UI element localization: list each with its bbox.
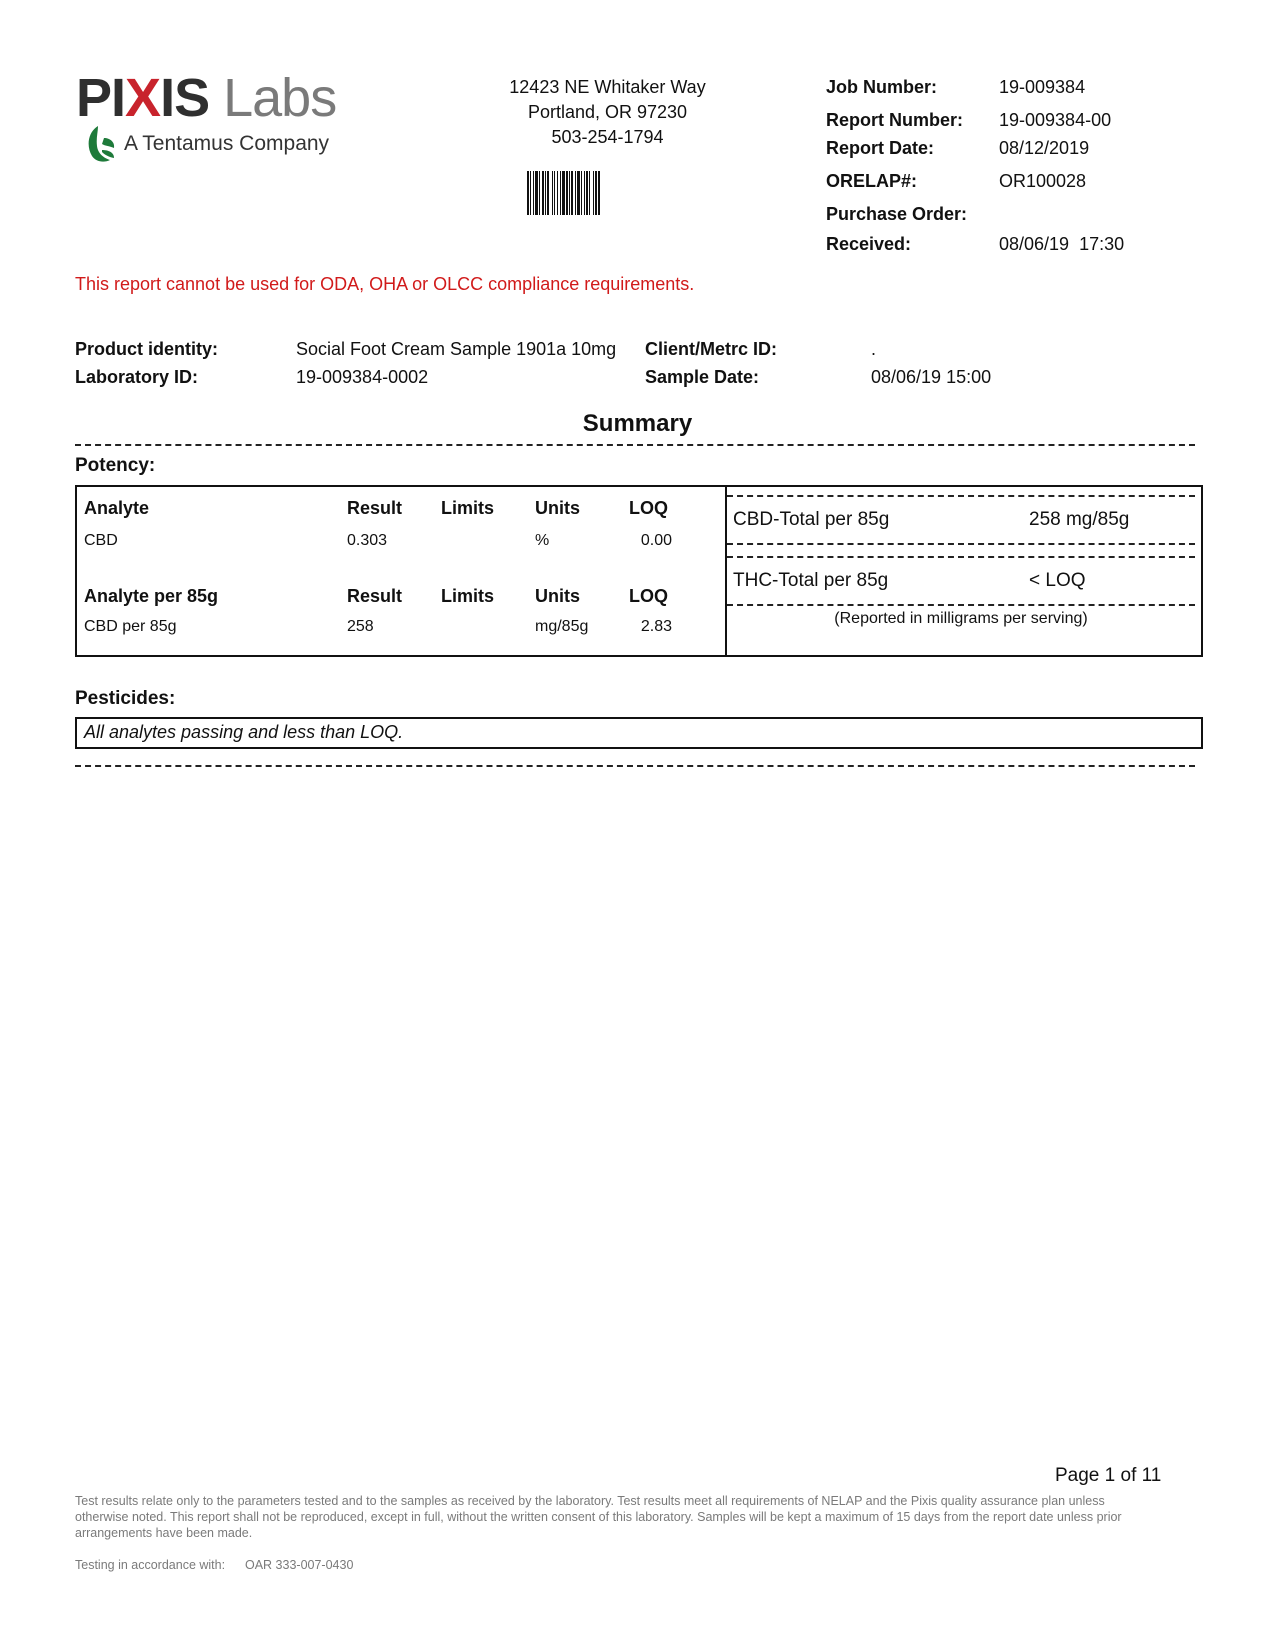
tentamus-leaf-icon — [84, 124, 118, 164]
lab-street: 12423 NE Whitaker Way — [480, 77, 735, 98]
cbd-total-value: 258 mg/85g — [1029, 509, 1129, 531]
summary-title: Summary — [0, 410, 1275, 438]
disclaimer-line-1: Test results relate only to the paramete… — [75, 1493, 1105, 1509]
disclaimer-line-3: arrangements have been made. — [75, 1525, 252, 1541]
sample-date-label: Sample Date: — [645, 367, 759, 388]
totals-dash — [727, 604, 1195, 606]
potency-cell: 0.00 — [620, 532, 672, 550]
potency-column-header: Limits — [441, 586, 494, 607]
potency-column-header: Limits — [441, 498, 494, 519]
product-identity-value: Social Foot Cream Sample 1901a 10mg — [296, 339, 616, 360]
potency-cell: 2.83 — [620, 618, 672, 636]
pesticides-title: Pesticides: — [75, 688, 175, 710]
report-info-value: OR100028 — [999, 171, 1086, 192]
potency-column-header: Result — [347, 498, 402, 519]
summary-end-divider — [75, 765, 1195, 767]
potency-cell: 258 — [347, 618, 374, 636]
thc-total-label: THC-Total per 85g — [733, 570, 888, 592]
potency-column-header: Units — [535, 586, 580, 607]
potency-cell: CBD — [84, 532, 118, 550]
sample-date-value: 08/06/19 15:00 — [871, 367, 991, 388]
logo-text-pi: PI — [76, 68, 125, 128]
potency-box-divider — [725, 487, 727, 655]
logo-text-is: IS — [160, 68, 209, 128]
logo-tagline-row: A Tentamus Company — [84, 124, 329, 164]
disclaimer-line-2: otherwise noted. This report shall not b… — [75, 1509, 1122, 1525]
product-identity-label: Product identity: — [75, 339, 218, 360]
report-info-label: Report Date: — [826, 138, 934, 159]
totals-dash — [727, 556, 1195, 558]
page-number: Page 1 of 11 — [1055, 1465, 1161, 1487]
report-info-label: Received: — [826, 234, 911, 255]
report-info-value: 19-009384 — [999, 77, 1085, 98]
summary-divider — [75, 444, 1195, 446]
potency-cell: mg/85g — [535, 618, 588, 636]
barcode — [527, 171, 668, 215]
report-info-value: 08/12/2019 — [999, 138, 1089, 159]
totals-dash — [727, 543, 1195, 545]
logo-tagline: A Tentamus Company — [124, 132, 329, 156]
potency-column-header: Result — [347, 586, 402, 607]
report-info-value: 08/06/19 17:30 — [999, 234, 1124, 255]
potency-cell: CBD per 85g — [84, 618, 177, 636]
totals-note: (Reported in milligrams per serving) — [727, 610, 1195, 628]
logo-text-x: X — [125, 68, 160, 128]
lab-phone: 503-254-1794 — [480, 127, 735, 148]
report-info-label: ORELAP#: — [826, 171, 917, 192]
pesticides-result: All analytes passing and less than LOQ. — [84, 722, 403, 743]
potency-column-header: Units — [535, 498, 580, 519]
cbd-total-label: CBD-Total per 85g — [733, 509, 889, 531]
testing-value: OAR 333-007-0430 — [245, 1557, 353, 1573]
potency-cell: 0.303 — [347, 532, 387, 550]
potency-column-header: Analyte — [84, 498, 149, 519]
client-id-value: . — [871, 339, 876, 360]
report-info-value: 19-009384-00 — [999, 110, 1111, 131]
client-id-label: Client/Metrc ID: — [645, 339, 777, 360]
potency-column-header: Analyte per 85g — [84, 586, 218, 607]
lab-city: Portland, OR 97230 — [480, 102, 735, 123]
totals-dash — [727, 495, 1195, 497]
potency-column-header: LOQ — [629, 586, 668, 607]
potency-cell: % — [535, 532, 549, 550]
report-info-label: Report Number: — [826, 110, 963, 131]
report-info-label: Purchase Order: — [826, 204, 967, 225]
laboratory-id-label: Laboratory ID: — [75, 367, 198, 388]
testing-label: Testing in accordance with: — [75, 1557, 225, 1573]
compliance-warning: This report cannot be used for ODA, OHA … — [75, 274, 694, 295]
report-info-label: Job Number: — [826, 77, 937, 98]
logo-text-labs: Labs — [223, 68, 336, 128]
laboratory-id-value: 19-009384-0002 — [296, 367, 428, 388]
potency-title: Potency: — [75, 455, 155, 477]
potency-column-header: LOQ — [629, 498, 668, 519]
thc-total-value: < LOQ — [1029, 570, 1086, 592]
logo-wordmark: PIXIS Labs — [76, 68, 336, 128]
